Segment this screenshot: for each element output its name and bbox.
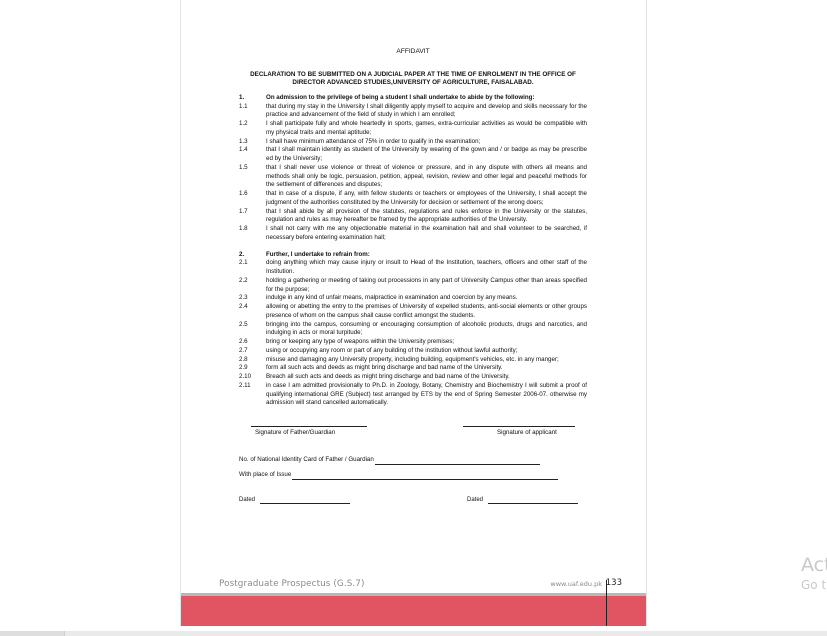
nic-field: No. of National Identity Card of Father … (239, 456, 587, 465)
place-of-issue-line (292, 473, 558, 480)
item-text: bringing into the campus, consuming or e… (266, 321, 587, 339)
horizontal-scrollbar[interactable] (0, 631, 827, 636)
item-number: 2.6 (239, 338, 266, 347)
list-item: 2.4allowing or abetting the entry to the… (239, 303, 587, 321)
item-text: that I shall never use violence or threa… (266, 164, 587, 190)
declaration-heading: DECLARATION TO BE SUBMITTED ON A JUDICIA… (239, 71, 587, 88)
item-number: 2.4 (239, 303, 266, 321)
item-number: 2.1 (239, 259, 266, 277)
list-item: 2.10Breach all such acts and deeds as mi… (239, 373, 587, 382)
activate-windows-watermark: Act Go t (801, 555, 827, 592)
document-page: AFFIDAVIT DECLARATION TO BE SUBMITTED ON… (180, 0, 647, 626)
item-number: 2.10 (239, 373, 266, 382)
list-item: 1.2I shall participate fully and whole h… (239, 120, 587, 138)
affidavit-document: AFFIDAVIT DECLARATION TO BE SUBMITTED ON… (239, 48, 587, 508)
item-text: form all such acts and deeds as might br… (266, 364, 587, 373)
item-text: I shall participate fully and whole hear… (266, 120, 587, 138)
item-number: 1.6 (239, 190, 266, 208)
footer-url: www.uaf.edu.pk (550, 580, 602, 588)
list-item: 2.11in case I am admitted provisionally … (239, 382, 587, 408)
list-item: 1.3I shall have minimum attendance of 75… (239, 138, 587, 147)
item-number: 2.3 (239, 294, 266, 303)
item-text: I shall not carry with me any objectiona… (266, 225, 587, 243)
item-text: Breach all such acts and deeds as might … (266, 373, 587, 382)
signature-row: Signature of Father/Guardian Signature o… (239, 420, 587, 450)
document-title: AFFIDAVIT (239, 48, 587, 57)
section-2-heading: 2. Further, I undertake to refrain from: (239, 251, 587, 260)
list-item: 2.6bring or keeping any type of weapons … (239, 338, 587, 347)
item-number: 1.7 (239, 208, 266, 226)
nic-line (375, 458, 540, 465)
list-item: 1.7that I shall abide by all provision o… (239, 208, 587, 226)
list-item: 2.5bringing into the campus, consuming o… (239, 321, 587, 339)
item-text: I shall have minimum attendance of 75% i… (266, 138, 587, 147)
item-text: that I shall abide by all provision of t… (266, 208, 587, 226)
place-of-issue-field: With place of Issue (239, 471, 587, 480)
item-text: that I shall maintain identity as studen… (266, 146, 587, 164)
dated-row: Dated Dated (239, 496, 587, 508)
item-number: 2.5 (239, 321, 266, 339)
dated-right-label: Dated (467, 496, 483, 505)
item-text: indulge in any kind of unfair means, mal… (266, 294, 587, 303)
item-text: in case I am admitted provisionally to P… (266, 382, 587, 408)
footer-vertical-rule (606, 580, 607, 626)
item-number: 2.9 (239, 364, 266, 373)
item-number: 1.4 (239, 146, 266, 164)
dated-left-line (260, 497, 350, 504)
list-item: 2.7using or occupying any room or part o… (239, 347, 587, 356)
item-number: 2.7 (239, 347, 266, 356)
applicant-signature-line (463, 426, 575, 427)
scrollbar-thumb[interactable] (0, 631, 65, 636)
item-number: 1.1 (239, 103, 266, 121)
item-number: 1.5 (239, 164, 266, 190)
list-item: 2.9form all such acts and deeds as might… (239, 364, 587, 373)
list-item: 2.2holding a gathering or meeting of tak… (239, 277, 587, 295)
applicant-signature-label: Signature of applicant (497, 429, 557, 438)
list-item: 2.8misuse and damaging any University pr… (239, 356, 587, 365)
dated-right-line (488, 497, 578, 504)
footer-prospectus-label: Postgraduate Prospectus (G.S.7) (219, 579, 365, 589)
section-1-heading: 1. On admission to the privilege of bein… (239, 94, 587, 103)
item-text: that during my stay in the University I … (266, 103, 587, 121)
item-number: 1.8 (239, 225, 266, 243)
list-item: 2.3indulge in any kind of unfair means, … (239, 294, 587, 303)
item-number: 1.2 (239, 120, 266, 138)
item-text: using or occupying any room or part of a… (266, 347, 587, 356)
item-text: holding a gathering or meeting of taking… (266, 277, 587, 295)
dated-left-label: Dated (239, 496, 255, 505)
list-item: 1.8I shall not carry with me any objecti… (239, 225, 587, 243)
footer-band (181, 596, 646, 626)
list-item: 1.5that I shall never use violence or th… (239, 164, 587, 190)
item-number: 1.3 (239, 138, 266, 147)
section-2: 2. Further, I undertake to refrain from:… (239, 251, 587, 409)
list-item: 1.1that during my stay in the University… (239, 103, 587, 121)
item-text: bring or keeping any type of weapons wit… (266, 338, 587, 347)
item-text: misuse and damaging any University prope… (266, 356, 587, 365)
item-text: allowing or abetting the entry to the pr… (266, 303, 587, 321)
item-number: 2.8 (239, 356, 266, 365)
section-1: 1. On admission to the privilege of bein… (239, 94, 587, 243)
list-item: 1.4that I shall maintain identity as stu… (239, 146, 587, 164)
guardian-signature-line (251, 426, 367, 427)
list-item: 2.1doing anything which may cause injury… (239, 259, 587, 277)
item-text: that in case of a dispute, if any, with … (266, 190, 587, 208)
item-text: doing anything which may cause injury or… (266, 259, 587, 277)
page-number: 133 (606, 578, 622, 588)
item-number: 2.11 (239, 382, 266, 408)
list-item: 1.6that in case of a dispute, if any, wi… (239, 190, 587, 208)
item-number: 2.2 (239, 277, 266, 295)
guardian-signature-label: Signature of Father/Guardian (255, 429, 335, 438)
